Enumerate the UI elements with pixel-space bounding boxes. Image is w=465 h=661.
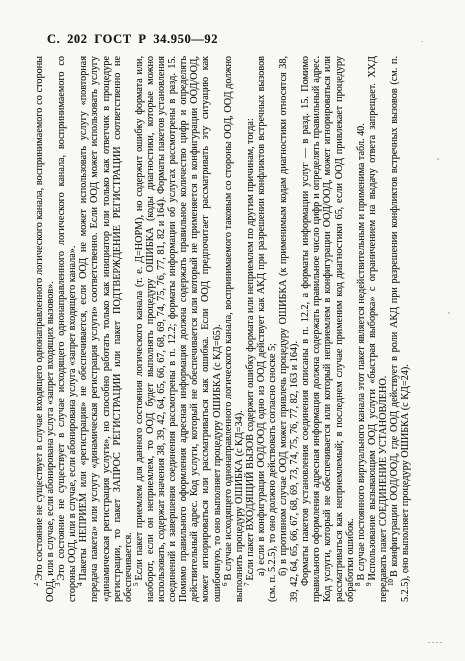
footnote-text: В конфигурации ООД/ООД, где ООД действуе… bbox=[389, 56, 411, 602]
footnote-text: Это состояние не существует в случае вхо… bbox=[34, 56, 56, 602]
footnote-4: 4Пакеты НЕПРИЕМ или «регистрация» не обе… bbox=[78, 56, 133, 602]
rotated-footnotes-block: 2Это состояние не существует в случае вх… bbox=[34, 56, 412, 602]
page-header: С. 202 ГОСТ Р 34.950—92 bbox=[47, 32, 218, 47]
footnote-marker: 2 bbox=[34, 583, 40, 587]
footnote-7-item-b: б) в противном случае ООД может привлечь… bbox=[278, 56, 300, 602]
footnote-7-continuation: Форматы пакетов установления соединения … bbox=[300, 56, 355, 602]
footnote-5: 5Если пакет приемлем для данного состоян… bbox=[134, 56, 223, 602]
footnote-3: 3Это состояние не существует в случае ис… bbox=[56, 56, 78, 602]
footnote-7-item-a: а) если в конфигурации ООД/ООД одно из О… bbox=[256, 56, 278, 602]
footnote-marker: 4 bbox=[76, 583, 84, 587]
footnote-7: 7Если пакет ВХОДЯЩИЙ ВЫЗОВ содержит ошиб… bbox=[245, 56, 256, 602]
footnote-marker: 5 bbox=[132, 583, 140, 587]
scan-speck bbox=[437, 158, 439, 160]
footnote-marker: 10 bbox=[387, 579, 395, 586]
footnote-text: Использование вызывающим ООД услуги «быс… bbox=[367, 56, 389, 602]
footnote-10: 10В конфигурации ООД/ООД, где ООД действ… bbox=[389, 56, 411, 602]
footnote-text: Если пакет ВХОДЯЩИЙ ВЫЗОВ содержит ошибк… bbox=[245, 118, 256, 580]
footnote-text: В случае постоянного виртуального канала… bbox=[356, 123, 367, 580]
scan-speck bbox=[421, 41, 423, 42]
footnote-marker: 3 bbox=[54, 583, 62, 587]
footnote-marker: 7 bbox=[243, 583, 251, 587]
footnote-text: а) если в конфигурации ООД/ООД одно из О… bbox=[256, 56, 278, 602]
scan-speck bbox=[448, 312, 450, 314]
footnote-text: б) в противном случае ООД может привлечь… bbox=[278, 56, 300, 602]
footnote-text: Это состояние не существует в случае исх… bbox=[56, 56, 78, 602]
footnote-6: 6В случае исходящего однонаправленного л… bbox=[223, 56, 245, 602]
footnote-marker: 6 bbox=[221, 583, 229, 587]
footnote-text: Форматы пакетов установления соединения … bbox=[300, 56, 355, 602]
footnote-9: 9Использование вызывающим ООД услуги «бы… bbox=[367, 56, 389, 602]
footnote-marker: 9 bbox=[365, 583, 373, 587]
footnote-8: 8В случае постоянного виртуального канал… bbox=[356, 56, 367, 602]
footnote-text: В случае исходящего однонаправленного ло… bbox=[223, 56, 245, 602]
footnotes-text-area: 2Это состояние не существует в случае вх… bbox=[34, 56, 412, 602]
footnote-text: Если пакет приемлем для данного состояни… bbox=[134, 56, 223, 602]
scanned-document-page: С. 202 ГОСТ Р 34.950—92 2Это состояние н… bbox=[0, 0, 465, 661]
footnote-2: 2Это состояние не существует в случае вх… bbox=[34, 56, 56, 602]
footnote-marker: 8 bbox=[354, 583, 362, 587]
footnote-text: Пакеты НЕПРИЕМ или «регистрация» не обес… bbox=[78, 56, 133, 602]
scan-smudge bbox=[428, 642, 442, 643]
